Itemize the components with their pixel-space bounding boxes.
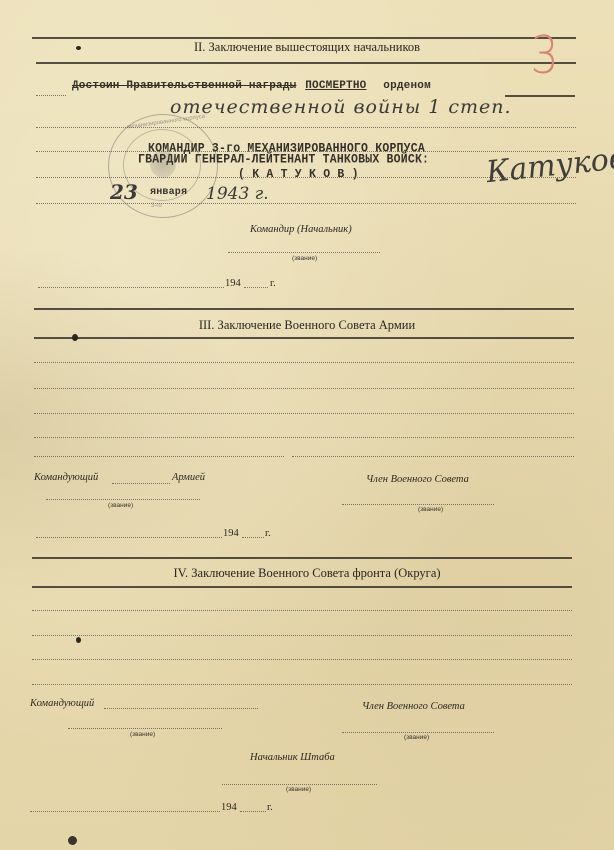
handwritten-award: отечественной войны 1 степ.: [170, 96, 512, 118]
fill-line[interactable]: [34, 388, 574, 389]
commander-fill-line[interactable]: [104, 708, 258, 709]
date-fill-line[interactable]: [30, 811, 220, 812]
label-chief-of-staff: Начальник Штаба: [250, 752, 335, 763]
date-day-handwritten: 23: [110, 180, 138, 204]
award-prefix: Достоин Правительственной награды: [72, 80, 296, 92]
label-army: Армией: [172, 472, 205, 483]
punch-hole-mark: [68, 836, 77, 845]
fill-line[interactable]: [32, 684, 572, 685]
fill-line[interactable]: [34, 413, 574, 414]
fill-line[interactable]: [34, 437, 574, 438]
label-commander: Командующий: [30, 698, 94, 709]
date-year-template: 194: [223, 528, 239, 539]
caption-rank-left: (звание): [130, 731, 155, 738]
rank-signature-line[interactable]: [228, 252, 380, 253]
date-year-suffix: г.: [270, 278, 276, 289]
award-suffix: орденом: [383, 80, 431, 92]
rank-signature-line-right[interactable]: [342, 732, 494, 733]
commander-signature: Катуков: [485, 141, 614, 190]
rank-signature-line-left[interactable]: [68, 728, 222, 729]
date-year-fill[interactable]: [242, 537, 264, 538]
rule: [34, 308, 574, 310]
fill-line[interactable]: [32, 635, 572, 636]
date-fill-line[interactable]: [36, 537, 222, 538]
fill-line[interactable]: [32, 659, 572, 660]
fill-line[interactable]: [34, 456, 284, 457]
rule: [36, 62, 576, 64]
date-fill-line[interactable]: [38, 287, 224, 288]
fill-line[interactable]: [292, 456, 574, 457]
date-year-fill[interactable]: [240, 811, 266, 812]
commander-line-2: ГВАРДИИ ГЕНЕРАЛ-ЛЕЙТЕНАНТ ТАНКОВЫХ ВОЙСК…: [138, 152, 429, 166]
rule: [505, 95, 575, 97]
caption-rank-center: (звание): [286, 786, 311, 793]
rank-signature-line-center[interactable]: [222, 784, 377, 785]
rank-signature-line-left[interactable]: [46, 499, 200, 500]
date-year-template: 194: [225, 278, 241, 289]
rule: [32, 557, 572, 559]
date-year-handwritten: 1943 г.: [206, 184, 269, 204]
fill-line: [36, 95, 66, 96]
label-commander: Командующий: [34, 472, 98, 483]
caption-rank-right: (звание): [404, 734, 429, 741]
ink-mark: [76, 637, 81, 643]
fill-line[interactable]: [34, 362, 574, 363]
date-year-suffix: г.: [267, 802, 273, 813]
rank-signature-line-right[interactable]: [342, 504, 494, 505]
fill-line: [36, 127, 576, 128]
document-page: II. Заключение вышестоящих начальников 3…: [0, 0, 614, 850]
award-emphasis: ПОСМЕРТНО: [305, 80, 366, 92]
commander-line-3: ( К А Т У К О В ): [238, 168, 359, 181]
fill-line: [36, 203, 576, 204]
caption-rank: (звание): [292, 255, 317, 262]
section-4-title: IV. Заключение Военного Совета фронта (О…: [0, 566, 614, 581]
label-commander-chief: Командир (Начальник): [250, 224, 352, 235]
date-year-suffix: г.: [265, 528, 271, 539]
rule: [32, 37, 576, 39]
rule: [34, 337, 574, 339]
rule: [32, 586, 572, 588]
typed-award-line: Достоин Правительственной награды ПОСМЕР…: [72, 80, 431, 92]
caption-rank-right: (звание): [418, 506, 443, 513]
ink-mark: [72, 334, 78, 341]
date-year-template: 194: [221, 802, 237, 813]
label-council-member: Член Военного Совета: [362, 701, 465, 712]
page-number-red: 3: [530, 26, 558, 86]
army-fill-line[interactable]: [112, 483, 170, 484]
date-month-typed: января: [150, 187, 187, 198]
section-2-title: II. Заключение вышестоящих начальников: [0, 40, 614, 55]
caption-rank-left: (звание): [108, 502, 133, 509]
label-council-member: Член Военного Совета: [366, 474, 469, 485]
stamp-text-top: механизированного корпуса: [127, 113, 207, 130]
fill-line[interactable]: [32, 610, 572, 611]
date-year-fill[interactable]: [244, 287, 268, 288]
section-3-title: III. Заключение Военного Совета Армии: [0, 318, 614, 333]
